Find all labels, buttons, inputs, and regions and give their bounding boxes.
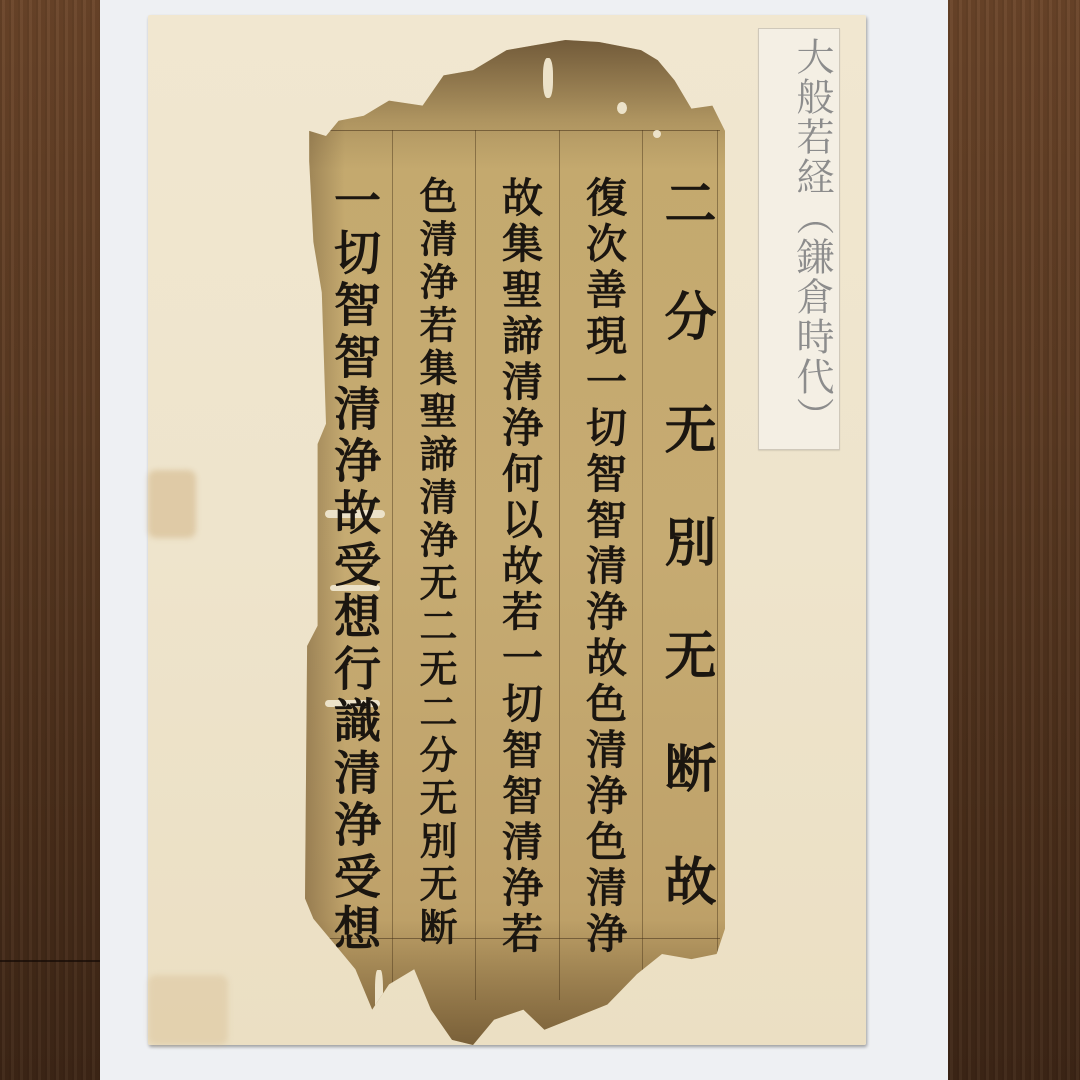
sutra-column-2: 復次善現一切智智清浄故色清浄色清浄 bbox=[563, 170, 643, 986]
label-slip: 大般若経（鎌倉時代） bbox=[758, 28, 840, 450]
paper-hole bbox=[653, 130, 661, 138]
stain-mark bbox=[148, 975, 228, 1045]
paper-hole bbox=[617, 102, 627, 114]
column-rule bbox=[475, 130, 476, 1000]
column-rule bbox=[559, 130, 560, 1000]
stain-mark bbox=[148, 470, 196, 538]
sutra-fragment: 二分无別无断故 復次善現一切智智清浄故色清浄色清浄 故集聖諦清浄何以故若一切智智… bbox=[305, 40, 725, 1050]
wood-seam bbox=[0, 960, 100, 962]
label-text: 大般若経（鎌倉時代） bbox=[767, 37, 831, 437]
sutra-column-3: 故集聖諦清浄何以故若一切智智清浄若 bbox=[479, 170, 559, 986]
sutra-column-5: 一切智智清浄故受想行識清浄受想 bbox=[313, 170, 393, 986]
wood-surface-right bbox=[948, 0, 1080, 1080]
wood-surface-left bbox=[0, 0, 100, 1080]
paper-hole bbox=[543, 58, 553, 98]
sutra-column-1: 二分无別无断故 bbox=[645, 170, 725, 986]
sutra-column-4: 色清浄若集聖諦清浄无二无二分无別无断 bbox=[395, 170, 475, 986]
